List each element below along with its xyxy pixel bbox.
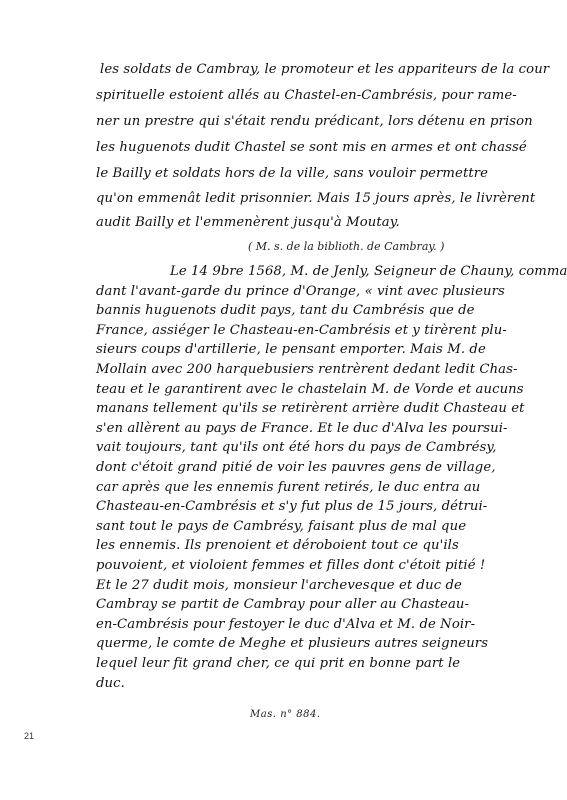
- text-line: Le 14 9bre 1568, M. de Jenly, Seigneur d…: [170, 264, 567, 279]
- text-line: spirituelle estoient allés au Chastel-en…: [96, 88, 517, 103]
- text-line: car après que les ennemis furent retirés…: [96, 480, 480, 495]
- text-line: lequel leur fit grand cher, ce qui prit …: [96, 656, 460, 671]
- text-line: en-Cambrésis pour festoyer le duc d'Alva…: [96, 617, 475, 632]
- text-line: querme, le comte de Meghe et plusieurs a…: [96, 636, 488, 651]
- text-line: France, assiéger le Chasteau-en-Cambrési…: [96, 323, 507, 338]
- text-line: les ennemis. Ils prenoient et déroboient…: [96, 538, 459, 553]
- text-line: bannis huguenots dudit pays, tant du Cam…: [96, 303, 475, 318]
- text-line: s'en allèrent au pays de France. Et le d…: [96, 421, 508, 436]
- text-line: sant tout le pays de Cambrésy, faisant p…: [96, 519, 466, 534]
- manuscript-reference: Mas. n° 884.: [250, 709, 321, 720]
- text-line: Et le 27 dudit mois, monsieur l'archeves…: [96, 578, 462, 593]
- text-line: le Bailly et soldats hors de la ville, s…: [96, 166, 488, 181]
- page-number: 21: [24, 731, 34, 741]
- text-line: Mollain avec 200 harquebusiers rentrèren…: [96, 362, 518, 377]
- text-line: sieurs coups d'artillerie, le pensant em…: [96, 342, 486, 357]
- text-line: Cambray se partit de Cambray pour aller …: [96, 597, 469, 612]
- manuscript-page: les soldats de Cambray, le promoteur et …: [0, 0, 567, 800]
- text-line: duc.: [96, 676, 125, 691]
- text-line: dont c'étoit grand pitié de voir les pau…: [96, 460, 496, 475]
- text-line: vait toujours, tant qu'ils ont été hors …: [96, 440, 497, 455]
- text-line: dant l'avant-garde du prince d'Orange, «…: [96, 284, 505, 299]
- text-line: les huguenots dudit Chastel se sont mis …: [96, 140, 527, 155]
- text-line: audit Bailly et l'emmenèrent jusqu'à Mou…: [96, 215, 400, 230]
- text-line: ner un prestre qui s'était rendu prédica…: [96, 114, 533, 129]
- text-line: qu'on emmenât ledit prisonnier. Mais 15 …: [96, 191, 535, 206]
- text-line: les soldats de Cambray, le promoteur et …: [100, 62, 549, 77]
- text-line: Chasteau-en-Cambrésis et s'y fut plus de…: [96, 499, 487, 514]
- text-line: manans tellement qu'ils se retirèrent ar…: [96, 401, 525, 416]
- text-line: pouvoient, et violoient femmes et filles…: [96, 558, 485, 573]
- text-line: teau et le garantirent avec le chastelai…: [96, 382, 524, 397]
- source-citation: ( M. s. de la biblioth. de Cambray. ): [248, 240, 444, 253]
